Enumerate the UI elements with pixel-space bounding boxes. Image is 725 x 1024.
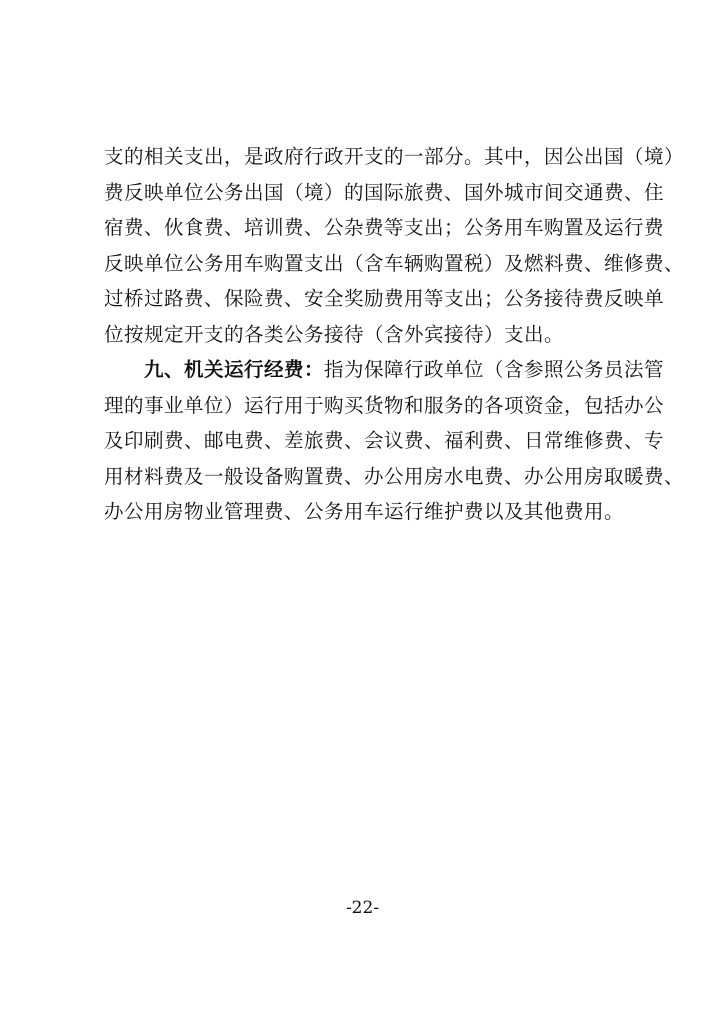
text-line: 宿费、伙食费、培训费、公杂费等支出；公务用车购置及运行费 — [104, 210, 624, 246]
page-number: -22- — [0, 898, 725, 918]
section-heading: 九、机关运行经费： — [144, 358, 324, 381]
text-line: 用材料费及一般设备购置费、办公用房水电费、办公用房取暖费、 — [104, 459, 624, 495]
text-line: 理的事业单位）运行用于购买货物和服务的各项资金，包括办公 — [104, 388, 624, 424]
document-page: 支的相关支出，是政府行政开支的一部分。其中，因公出国（境） 费反映单位公务出国（… — [0, 0, 725, 1024]
text-line: 位按规定开支的各类公务接待（含外宾接待）支出。 — [104, 317, 624, 353]
text-line: 办公用房物业管理费、公务用车运行维护费以及其他费用。 — [104, 494, 624, 530]
text-line: 九、机关运行经费：指为保障行政单位（含参照公务员法管 — [104, 352, 624, 388]
text-line: 反映单位公务用车购置支出（含车辆购置税）及燃料费、维修费、 — [104, 246, 624, 282]
text-line: 及印刷费、邮电费、差旅费、会议费、福利费、日常维修费、专 — [104, 423, 624, 459]
paragraph-operating-expenses: 九、机关运行经费：指为保障行政单位（含参照公务员法管 理的事业单位）运行用于购买… — [104, 352, 624, 530]
text-line: 支的相关支出，是政府行政开支的一部分。其中，因公出国（境） — [104, 139, 624, 175]
text-line: 过桥过路费、保险费、安全奖励费用等支出；公务接待费反映单 — [104, 281, 624, 317]
text-span: 指为保障行政单位（含参照公务员法管 — [324, 358, 664, 381]
body-text: 支的相关支出，是政府行政开支的一部分。其中，因公出国（境） 费反映单位公务出国（… — [104, 139, 624, 530]
text-line: 费反映单位公务出国（境）的国际旅费、国外城市间交通费、住 — [104, 175, 624, 211]
paragraph-public-expenses: 支的相关支出，是政府行政开支的一部分。其中，因公出国（境） 费反映单位公务出国（… — [104, 139, 624, 352]
